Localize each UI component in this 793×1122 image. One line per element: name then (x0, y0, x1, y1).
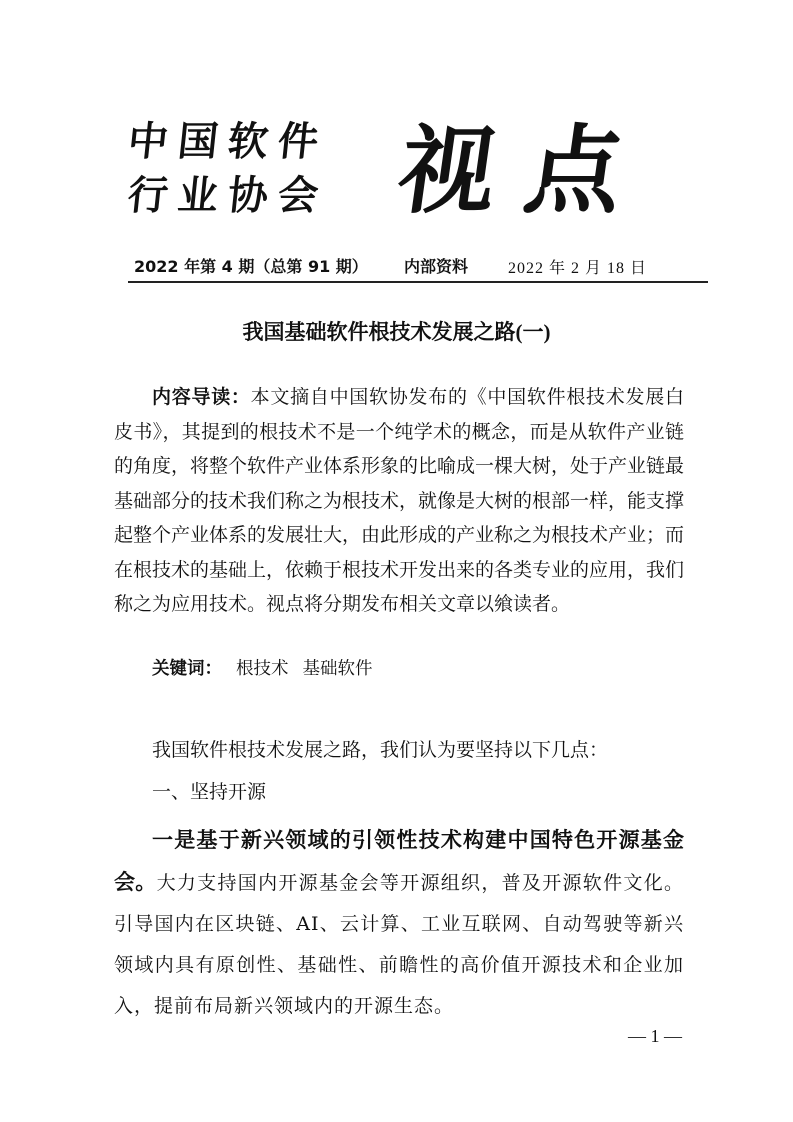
point-1-paragraph: 一是基于新兴领域的引领性技术构建中国特色开源基金会。大力支持国内开源基金会等开源… (114, 820, 684, 1027)
publication-title: 视点 (392, 116, 659, 226)
org-name-line2: 行业协会 (125, 172, 330, 220)
page-number: — 1 — (628, 1026, 682, 1047)
keywords-row: 关键词：根技术基础软件 (152, 655, 373, 680)
issue-number: 2022 年第 4 期（总第 91 期） (134, 254, 368, 277)
summary-text: 本文摘自中国软协发布的《中国软件根技术发展白皮书》，其提到的根技术不是一个纯学术… (114, 387, 684, 615)
section-heading: 一、坚持开源 (152, 777, 266, 804)
summary-label: 内容导读： (152, 386, 251, 408)
article-title: 我国基础软件根技术发展之路(一) (0, 316, 793, 346)
classification-label: 内部资料 (404, 254, 468, 277)
header-divider (128, 281, 708, 283)
issue-date: 2022 年 2 月 18 日 (508, 255, 647, 278)
point-1-text: 大力支持国内开源基金会等开源组织，普及开源软件文化。引导国内在区块链、AI、云计… (114, 872, 684, 1017)
keyword: 根技术 (236, 658, 289, 678)
intro-line: 我国软件根技术发展之路，我们认为要坚持以下几点： (152, 735, 608, 762)
org-name-line1: 中国软件 (125, 118, 330, 166)
keyword: 基础软件 (303, 658, 373, 678)
keywords-label: 关键词： (152, 659, 222, 679)
summary-paragraph: 内容导读：本文摘自中国软协发布的《中国软件根技术发展白皮书》，其提到的根技术不是… (114, 380, 684, 623)
